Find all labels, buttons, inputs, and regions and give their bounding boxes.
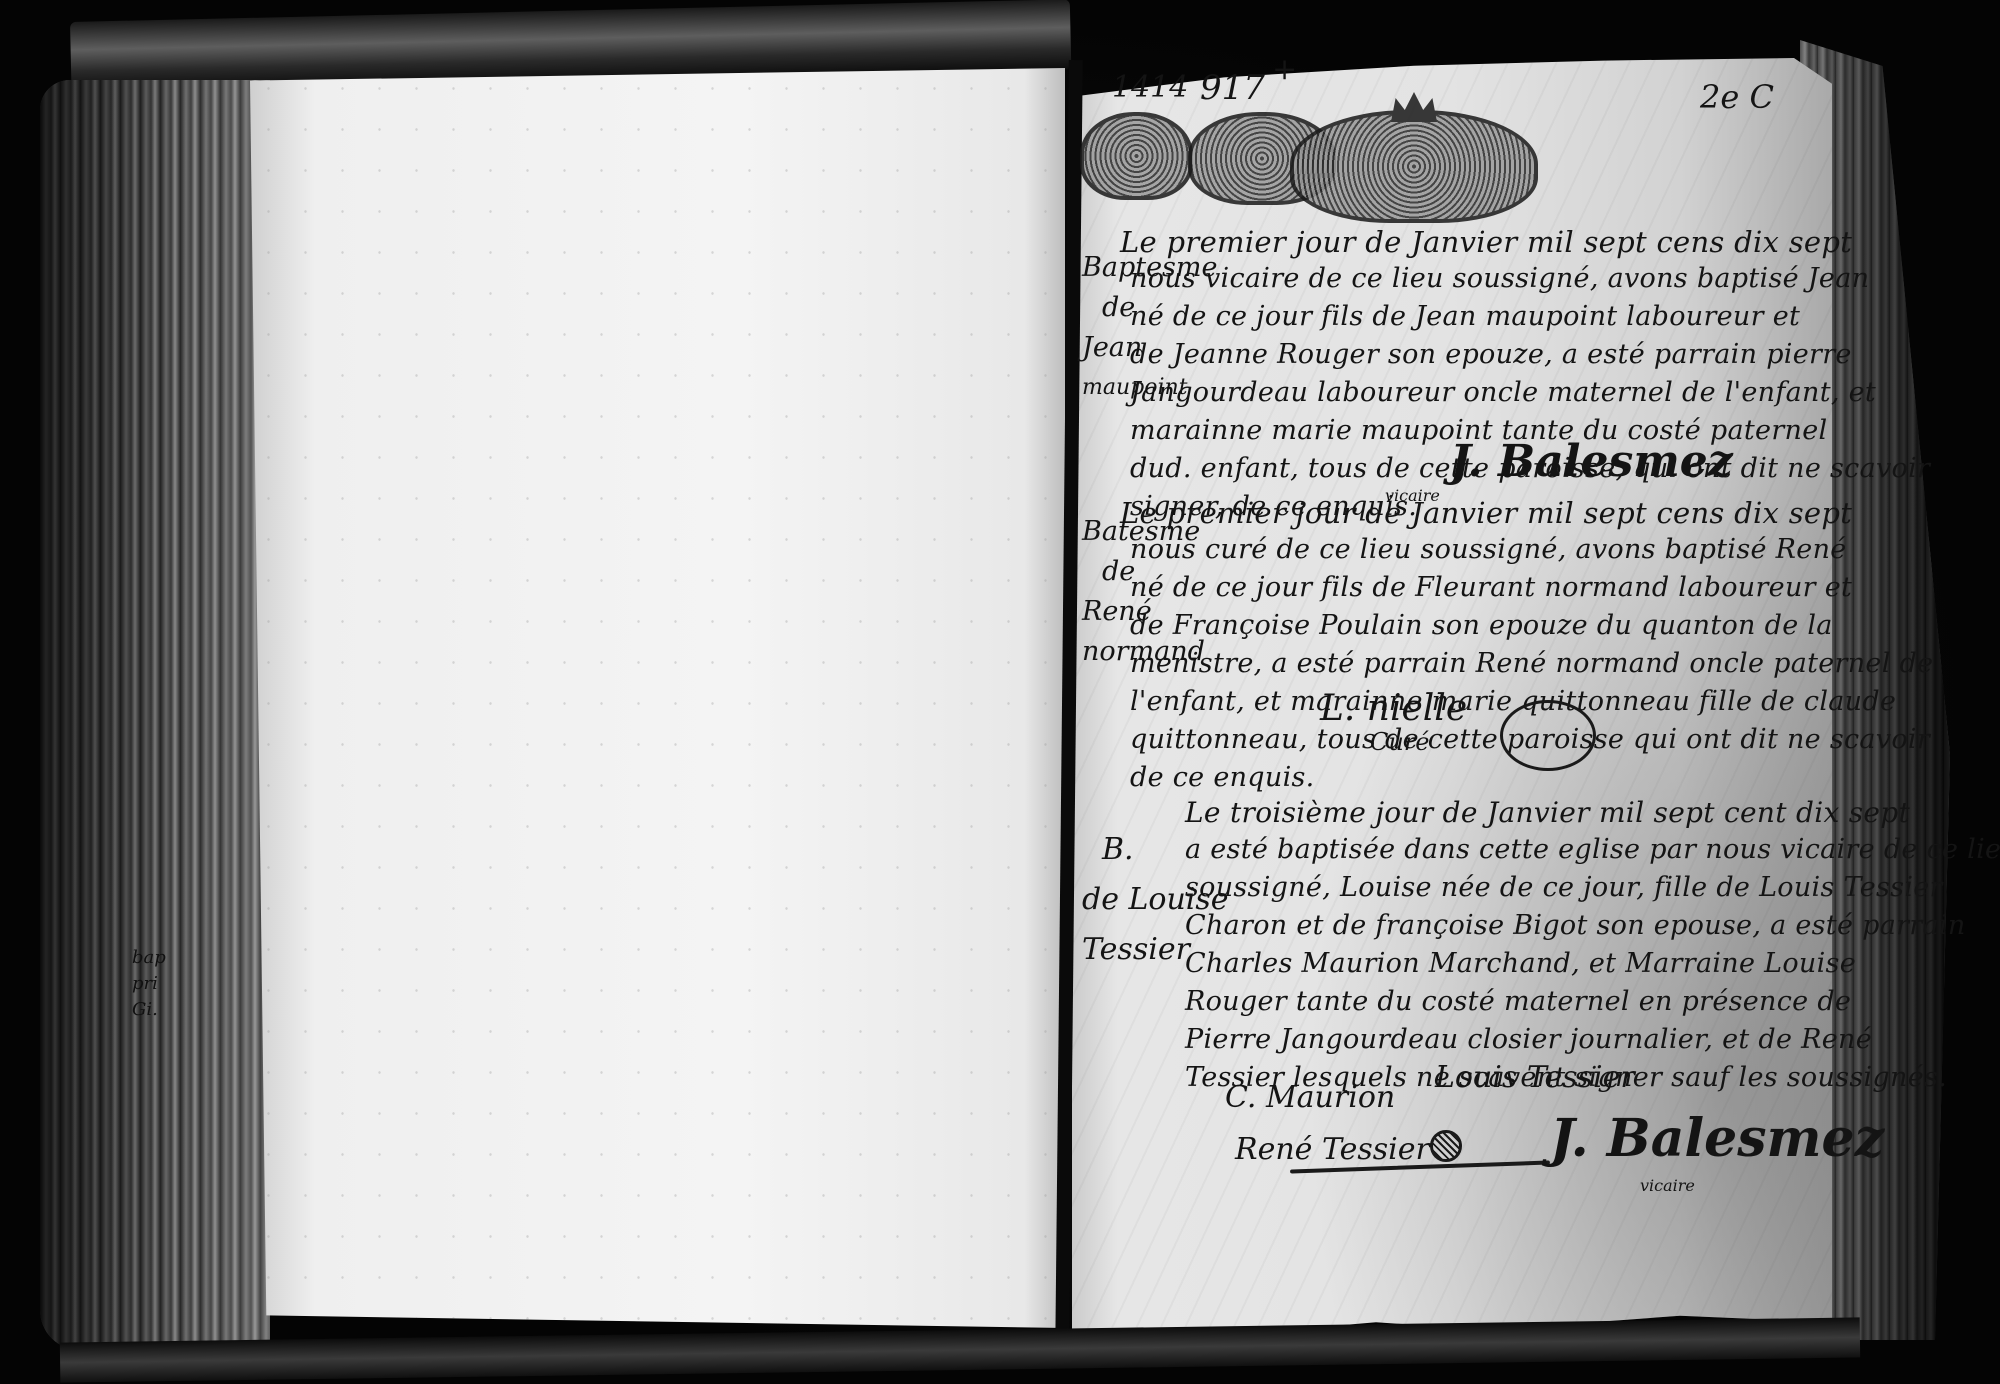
entry-line: né de ce jour fils de Jean maupoint labo… bbox=[1130, 301, 1800, 332]
entry-line: Jangourdeau laboureur oncle maternel de … bbox=[1130, 377, 1876, 408]
page-mark: 2e C bbox=[1700, 78, 1774, 116]
margin-line: de Louise bbox=[1082, 875, 1202, 925]
left-page-blank bbox=[250, 68, 1065, 1328]
entry-line: menistre, a esté parrain René normand on… bbox=[1130, 648, 1933, 679]
paper-texture bbox=[250, 68, 1065, 1328]
margin-line: B. bbox=[1082, 825, 1202, 875]
entry-line: né de ce jour fils de Fleurant normand l… bbox=[1130, 572, 1852, 603]
entry-line: Rouger tante du costé maternel en présen… bbox=[1185, 986, 1851, 1017]
entry-line: Charon et de françoise Bigot son epouse,… bbox=[1185, 910, 1966, 941]
entry-line: soussigné, Louise née de ce jour, fille … bbox=[1185, 872, 1943, 903]
edge-note-line: bap bbox=[132, 945, 172, 971]
signature-title: Curé bbox=[1370, 728, 1430, 756]
left-edge-shadow bbox=[40, 80, 270, 1350]
witness-signature: René Tessier bbox=[1235, 1132, 1430, 1167]
entry-line: Pierre Jangourdeau closier journalier, e… bbox=[1185, 1024, 1872, 1055]
margin-line: Tessier bbox=[1082, 925, 1202, 975]
tax-stamp-fleur-de-lis-icon bbox=[1080, 112, 1193, 200]
folio-number-1: 1414 bbox=[1112, 70, 1188, 105]
witness-signature: C. Maurion bbox=[1225, 1080, 1395, 1115]
paraph-flourish-icon bbox=[1500, 700, 1596, 771]
edge-note-line: Gi. bbox=[132, 997, 172, 1023]
entry-line: de ce enquis. bbox=[1130, 762, 1315, 793]
margin-title-3: B. de Louise Tessier bbox=[1082, 825, 1202, 975]
left-edge-note: bap pri Gi. bbox=[132, 945, 172, 1023]
signature-cure: L. nielle bbox=[1320, 688, 1467, 729]
entry-line: nous vicaire de ce lieu soussigné, avons… bbox=[1130, 263, 1869, 294]
entry-line: de Jeanne Rouger son epouze, a esté parr… bbox=[1130, 339, 1852, 370]
tax-stamp-crown-arms-icon bbox=[1290, 110, 1538, 223]
mark-cross-icon bbox=[1430, 1130, 1462, 1162]
entry-line: Le troisième jour de Janvier mil sept ce… bbox=[1185, 796, 1910, 829]
witness-signature: Louis Tessier bbox=[1435, 1060, 1635, 1095]
entry-line: Le premier jour de Janvier mil sept cens… bbox=[1120, 496, 1852, 530]
entry-line: Charles Maurion Marchand, et Marraine Lo… bbox=[1185, 948, 1856, 979]
signature-vicaire: J. Balesmez bbox=[1550, 1108, 1884, 1169]
entry-line: nous curé de ce lieu soussigné, avons ba… bbox=[1130, 534, 1847, 565]
entry-line: de Françoise Poulain son epouze du quant… bbox=[1130, 610, 1833, 641]
signature-title: vicaire bbox=[1640, 1176, 1695, 1195]
signature-vicaire: J. Balesmez bbox=[1450, 436, 1733, 487]
cross-mark-icon: + bbox=[1272, 52, 1297, 87]
entry-line: Le premier jour de Janvier mil sept cens… bbox=[1120, 225, 1852, 259]
folio-number-2: 917 bbox=[1200, 68, 1265, 108]
edge-note-line: pri bbox=[132, 971, 172, 997]
entry-line: a esté baptisée dans cette eglise par no… bbox=[1185, 834, 2000, 865]
